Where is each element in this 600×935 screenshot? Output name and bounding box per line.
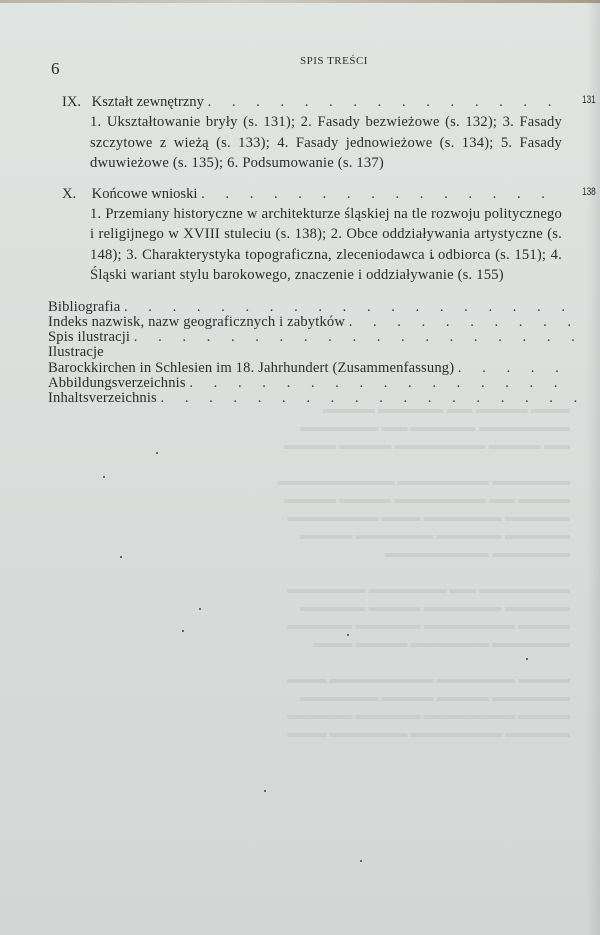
- entry-title: Spis ilustracji: [48, 330, 130, 345]
- dot-leader: . . . . . . . . . . . . . . . . . . . . …: [349, 315, 578, 330]
- dot-leader: . . . . . . . . . . . . . . . . . . . . …: [134, 330, 578, 345]
- dot-leader: . . . . . . . . . . . . . . . . . . . . …: [189, 376, 578, 391]
- paper-speck: [199, 608, 201, 610]
- toc-entry-index[interactable]: Indeks nazwisk, nazw geograficznych i za…: [48, 315, 578, 330]
- dot-leader: . . . . . . . . . . . . . . . . . . . . …: [161, 391, 578, 406]
- chapter-numeral: IX.: [62, 92, 88, 112]
- paper-speck: [156, 452, 158, 454]
- table-of-contents: IX. Kształt zewnętrzny . . . . . . . . .…: [48, 92, 600, 407]
- dot-leader: . . . . . . . . . . . . . . . . . . . . …: [208, 92, 556, 112]
- chapter-subsections: 1. Przemiany historyczne w architekturze…: [90, 204, 562, 286]
- entry-title: Abbildungsverzeichnis: [48, 376, 186, 391]
- toc-entry-illustrations[interactable]: Ilustracje: [48, 345, 578, 360]
- toc-chapter-x: X. Końcowe wnioski . . . . . . . . . . .…: [48, 184, 600, 286]
- chapter-subsections: 1. Ukształtowanie bryły (s. 131); 2. Fas…: [90, 112, 562, 174]
- dot-leader: . . . . . . . . . . . . . . . . . . . . …: [124, 300, 578, 315]
- chapter-heading[interactable]: IX. Kształt zewnętrzny . . . . . . . . .…: [48, 92, 556, 112]
- toc-entry-abbildungsverzeichnis[interactable]: Abbildungsverzeichnis . . . . . . . . . …: [48, 376, 578, 391]
- paper-speck: [264, 790, 266, 792]
- book-page: ▬▬▬ ▬▬▬▬ ▬▬ ▬▬▬▬▬ ▬▬▬▬ ▬▬▬▬▬▬▬ ▬▬▬▬▬ ▬▬ …: [0, 0, 600, 935]
- dot-leader: . . . . . . . . . . . .: [458, 361, 578, 376]
- back-matter-list: Bibliografia . . . . . . . . . . . . . .…: [48, 300, 600, 407]
- entry-title: Barockkirchen in Schlesien im 18. Jahrhu…: [48, 361, 454, 376]
- paper-speck: [347, 634, 349, 636]
- dot-leader: . . . . . . . . . . . . . . . . . . . . …: [201, 184, 556, 204]
- toc-chapter-ix: IX. Kształt zewnętrzny . . . . . . . . .…: [48, 92, 600, 174]
- paper-speck: [360, 860, 362, 862]
- chapter-title: Kształt zewnętrzny: [92, 94, 204, 110]
- paper-speck: [103, 476, 105, 478]
- paper-speck: [182, 630, 184, 632]
- paper-speck: [120, 556, 122, 558]
- page-number: 6: [51, 59, 60, 79]
- entry-title: Indeks nazwisk, nazw geograficznych i za…: [48, 315, 345, 330]
- chapter-numeral: X.: [62, 184, 88, 204]
- running-head: SPIS TREŚCI: [300, 55, 368, 67]
- entry-title: Ilustracje: [48, 345, 104, 360]
- toc-entry-inhaltsverzeichnis[interactable]: Inhaltsverzeichnis . . . . . . . . . . .…: [48, 391, 578, 406]
- toc-entry-list-of-illustrations[interactable]: Spis ilustracji . . . . . . . . . . . . …: [48, 330, 578, 345]
- chapter-page-ref: 138: [582, 184, 596, 200]
- toc-entry-bibliography[interactable]: Bibliografia . . . . . . . . . . . . . .…: [48, 300, 578, 315]
- chapter-page-ref: 131: [582, 92, 596, 108]
- entry-title: Bibliografia: [48, 300, 120, 315]
- entry-title: Inhaltsverzeichnis: [48, 391, 157, 406]
- show-through-text: ▬▬▬ ▬▬▬▬ ▬▬ ▬▬▬▬▬ ▬▬▬▬ ▬▬▬▬▬▬▬ ▬▬▬▬▬ ▬▬ …: [230, 400, 570, 742]
- page-top-edge: [0, 0, 600, 3]
- toc-entry-summary-german[interactable]: Barockkirchen in Schlesien im 18. Jahrhu…: [48, 361, 578, 376]
- paper-speck: [526, 658, 528, 660]
- paper-speck: [432, 257, 434, 259]
- chapter-title: Końcowe wnioski: [92, 186, 198, 202]
- chapter-heading[interactable]: X. Końcowe wnioski . . . . . . . . . . .…: [48, 184, 556, 204]
